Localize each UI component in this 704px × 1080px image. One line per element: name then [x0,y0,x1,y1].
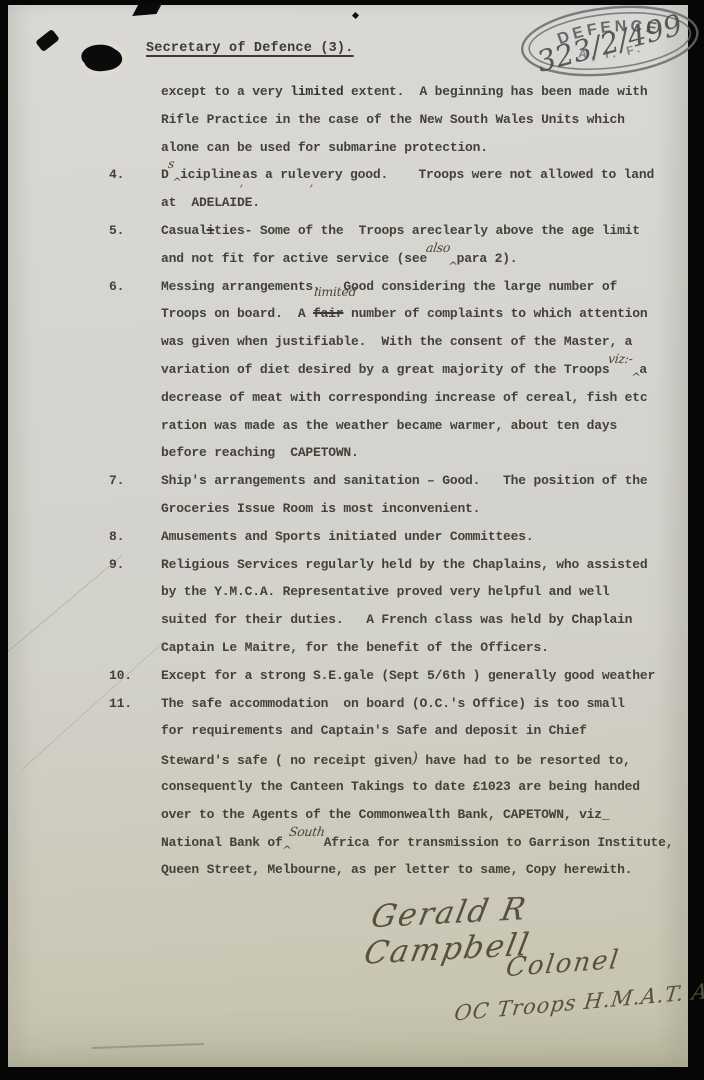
signature-unit: OC Troops H.M.A.T. A68 [453,976,704,1025]
text-line: before reaching CAPETOWN. [161,439,686,467]
text-line: at ADELAIDE. [161,189,686,217]
text-line: decrease of meat with corresponding incr… [161,384,686,412]
punch-hole-mark [82,44,123,74]
text-line: and not fit for active service (seealso^… [161,245,686,273]
paragraph-number: 4. [109,161,124,189]
text-line: Groceries Issue Room is most inconvenien… [161,495,686,523]
text-line: The safe accommodation on board (O.C.'s … [161,690,686,718]
text-line: Ds^icipline,as a rule,very good. Troops … [161,161,686,189]
paper-crease [7,555,123,652]
paragraph: 8.Amusements and Sports initiated under … [161,523,686,551]
paragraph: 5.Casualities- Some of the Troops arecle… [161,217,686,273]
paragraph-number: 5. [109,217,124,245]
paragraph: 11.The safe accommodation on board (O.C.… [161,690,686,885]
paragraph: 4.Ds^icipline,as a rule,very good. Troop… [161,161,686,217]
text-line: National Bank of^SouthAfrica for transmi… [161,829,686,857]
paragraph-number: 8. [109,523,124,551]
paragraph: 7.Ship's arrangements and sanitation – G… [161,467,686,523]
paper-crease [22,642,164,770]
text-line: Captain Le Maitre, for the benefit of th… [161,634,686,662]
text-line: variation of diet desired by a great maj… [161,356,686,384]
text-line: Steward's safe ( no receipt given) have … [161,745,686,773]
paragraph: 10.Except for a strong S.E.gale (Sept 5/… [161,662,686,690]
document-title: Secretary of Defence (3). [146,41,354,56]
text-line: over to the Agents of the Commonwealth B… [161,801,686,829]
text-line: Rifle Practice in the case of the New So… [161,106,686,134]
text-line: by the Y.M.C.A. Representative proved ve… [161,578,686,606]
text-line: Ship's arrangements and sanitation – Goo… [161,467,686,495]
paragraph-number: 10. [109,662,132,690]
scanned-document-page: Secretary of Defence (3). DEFENCE A. I. … [0,0,704,1080]
paragraph-number: 9. [109,551,124,579]
text-line: for requirements and Captain's Safe and … [161,717,686,745]
pencil-scribble [92,1043,204,1049]
text-line: alone can be used for submarine protecti… [161,134,686,162]
paragraph: 9.Religious Services regularly held by t… [161,551,686,662]
text-line: except to a very limited extent. A begin… [161,78,686,106]
text-line: Casualities- Some of the Troops areclear… [161,217,686,245]
text-line: Messing arrangements. Good considering t… [161,273,686,301]
ink-speck [352,12,359,19]
document-body: except to a very limited extent. A begin… [161,78,686,884]
text-line: suited for their duties. A French class … [161,606,686,634]
paragraph: except to a very limited extent. A begin… [161,78,686,161]
paragraph-number: 6. [109,273,124,301]
text-line: ration was made as the weather became wa… [161,412,686,440]
handwritten-correction: limited [314,286,356,298]
text-line: was given when justifiable. With the con… [161,328,686,356]
paragraph-number: 11. [109,690,132,718]
punch-hole-mark [35,29,60,52]
paragraph-number: 7. [109,467,124,495]
paragraph: 6.Messing arrangements. Good considering… [161,273,686,468]
text-line: Amusements and Sports initiated under Co… [161,523,686,551]
text-line: consequently the Canteen Takings to date… [161,773,686,801]
text-line: Queen Street, Melbourne, as per letter t… [161,856,686,884]
text-line: Troops on board. A fairlimited number of… [161,300,686,328]
paper: Secretary of Defence (3). DEFENCE A. I. … [8,5,688,1067]
text-line: Except for a strong S.E.gale (Sept 5/6th… [161,662,686,690]
scan-edge-mark [132,2,163,16]
text-line: Religious Services regularly held by the… [161,551,686,579]
handwritten-annotation: ) [412,744,418,772]
